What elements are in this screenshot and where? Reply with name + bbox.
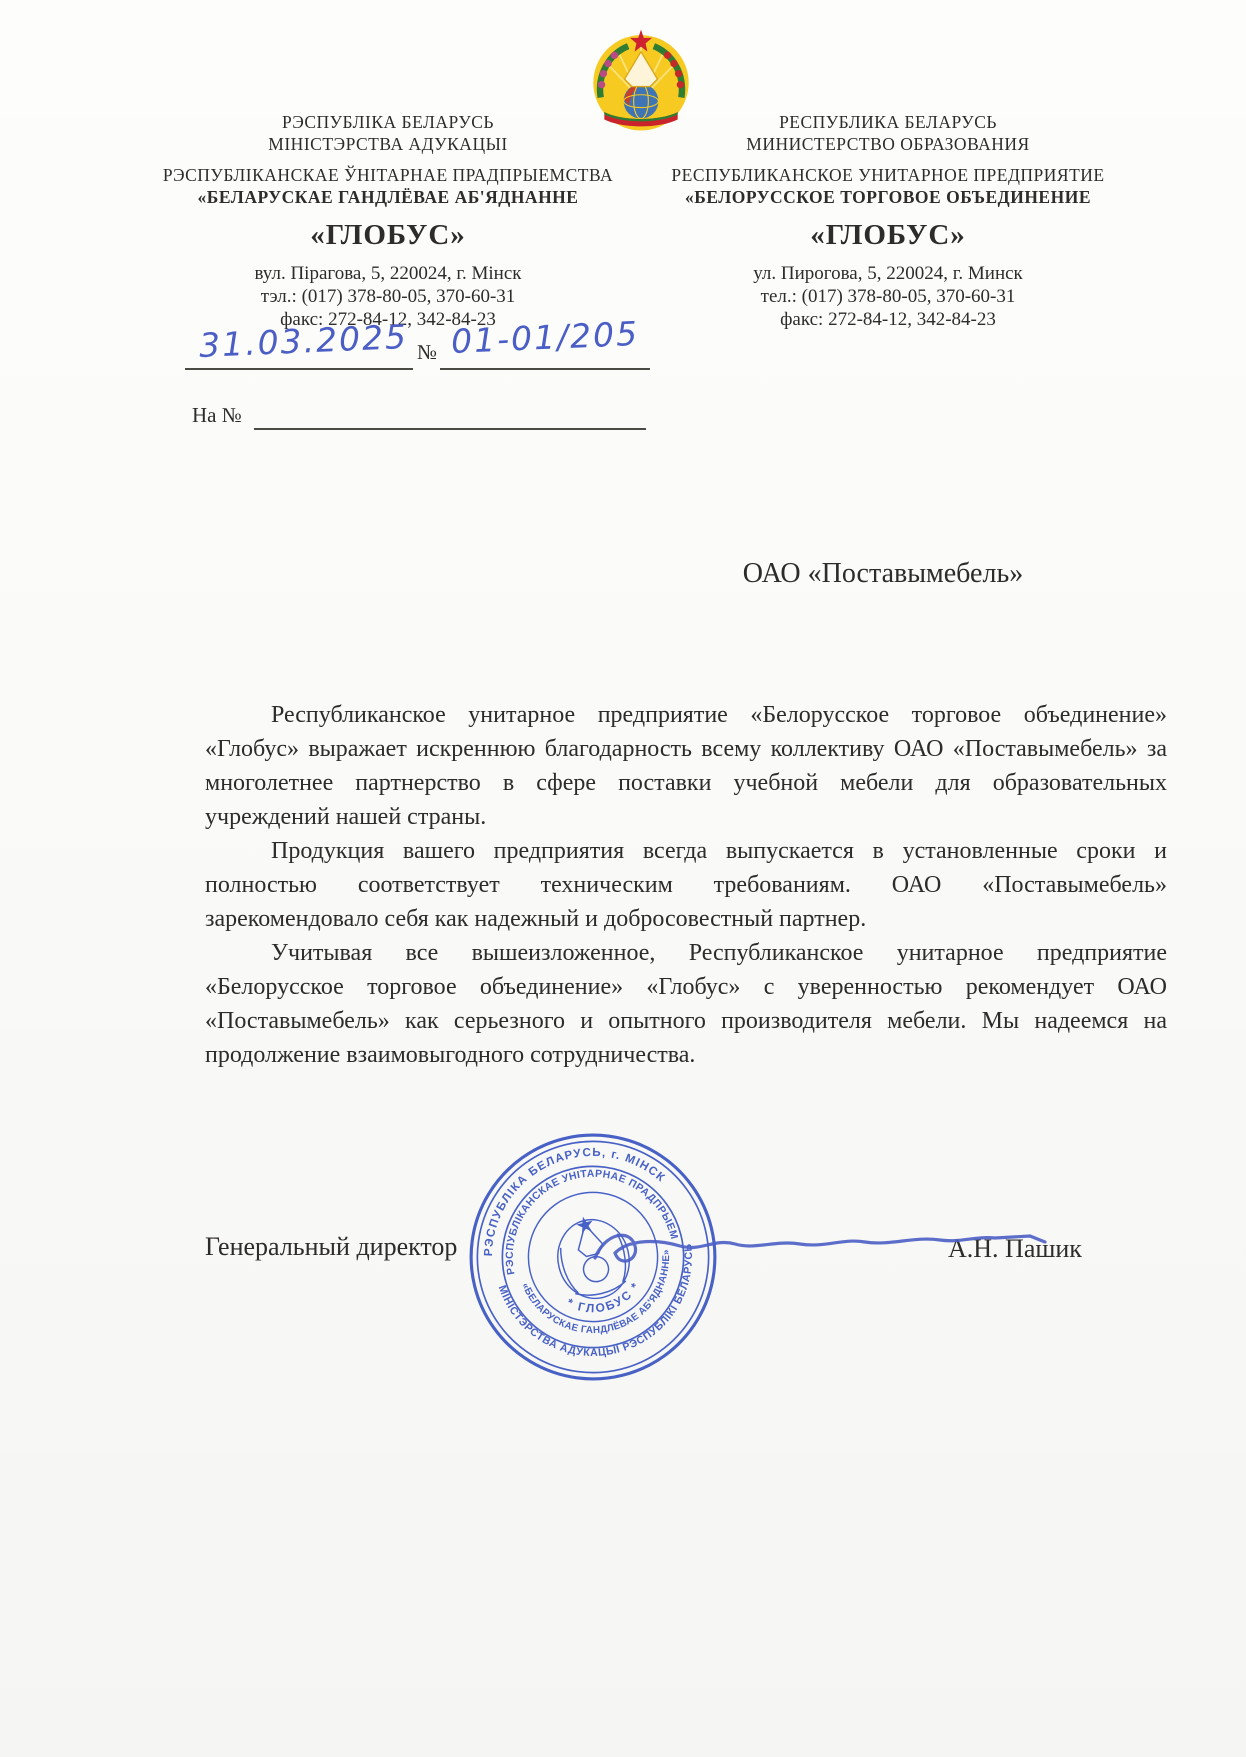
letterhead-left-org-type: РЭСПУБЛІКАНСКАЕ ЎНІТАРНАЕ ПРАДПРЫЕМСТВА — [148, 165, 628, 187]
letterhead-left-ministry: МІНІСТЭРСТВА АДУКАЦЫІ — [148, 134, 628, 156]
letterhead-left-org-shortname: «ГЛОБУС» — [148, 217, 628, 253]
letterhead-right-ministry: МИНИСТЕРСТВО ОБРАЗОВАНИЯ — [648, 134, 1128, 156]
letterhead-left-address: вул. Пірагова, 5, 220024, г. Мінск — [148, 262, 628, 285]
letterhead-left-country: РЭСПУБЛІКА БЕЛАРУСЬ — [148, 112, 628, 134]
body-paragraph-1: Республиканское унитарное предприятие «Б… — [205, 698, 1167, 834]
body-paragraph-2: Продукция вашего предприятия всегда выпу… — [205, 834, 1167, 936]
letterhead-right-country: РЕСПУБЛИКА БЕЛАРУСЬ — [648, 112, 1128, 134]
letterhead-right-org-fullname: «БЕЛОРУССКОЕ ТОРГОВОЕ ОБЪЕДИНЕНИЕ — [648, 187, 1128, 209]
handwritten-date: 31.03.2025 — [198, 317, 408, 365]
number-sign-label: № — [417, 340, 437, 365]
signer-position: Генеральный директор — [205, 1232, 457, 1262]
letterhead-left-column: РЭСПУБЛІКА БЕЛАРУСЬ МІНІСТЭРСТВА АДУКАЦЫ… — [148, 112, 628, 331]
letterhead-right-org-shortname: «ГЛОБУС» — [648, 217, 1128, 253]
letter-body: Республиканское унитарное предприятие «Б… — [205, 698, 1167, 1072]
letterhead-right-phone: тел.: (017) 378-80-05, 370-60-31 — [648, 285, 1128, 308]
body-paragraph-3: Учитывая все вышеизложенное, Республикан… — [205, 936, 1167, 1072]
letterhead-left-org-fullname: «БЕЛАРУСКАЕ ГАНДЛЁВАЕ АБ'ЯДНАННЕ — [148, 187, 628, 209]
date-underline — [185, 368, 413, 370]
number-underline — [440, 368, 650, 370]
letterhead-right-fax: факс: 272-84-12, 342-84-23 — [648, 308, 1128, 331]
letterhead-right-address: ул. Пирогова, 5, 220024, г. Минск — [648, 262, 1128, 285]
reply-underline — [254, 428, 646, 430]
letterhead-left-phone: тэл.: (017) 378-80-05, 370-60-31 — [148, 285, 628, 308]
letterhead-right-address-block: ул. Пирогова, 5, 220024, г. Минск тел.: … — [648, 262, 1128, 332]
letterhead-right-column: РЕСПУБЛИКА БЕЛАРУСЬ МИНИСТЕРСТВО ОБРАЗОВ… — [648, 112, 1128, 331]
scanned-letter-page: РЭСПУБЛІКА БЕЛАРУСЬ МІНІСТЭРСТВА АДУКАЦЫ… — [0, 0, 1246, 1757]
addressee: ОАО «Поставымебель» — [648, 558, 1118, 590]
handwritten-signature — [575, 1198, 1075, 1288]
handwritten-outgoing-number: 01-01/205 — [450, 314, 640, 361]
letterhead-right-org-type: РЕСПУБЛИКАНСКОЕ УНИТАРНОЕ ПРЕДПРИЯТИЕ — [648, 165, 1128, 187]
reply-to-label: На № — [192, 403, 242, 428]
